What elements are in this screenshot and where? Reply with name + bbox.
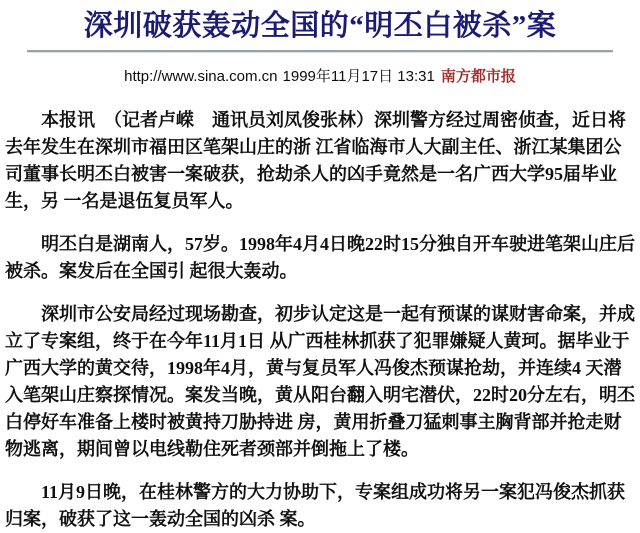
publish-datetime: 1999年11月17日 13:31 — [283, 68, 435, 85]
title-divider — [27, 50, 613, 52]
article-paragraph: 11月9日晚，在桂林警方的大力协助下，专案组成功将另一案犯冯俊杰抓获归案，破获了… — [5, 479, 635, 533]
source-url-text: http://www.sina.com.cn — [124, 68, 277, 85]
source-publication-link[interactable]: 南方都市报 — [441, 68, 516, 85]
article-meta: http://www.sina.com.cn1999年11月17日 13:31南… — [0, 65, 640, 86]
article-title: 深圳破获轰动全国的“明丕白被杀”案 — [0, 0, 640, 44]
article-body: 本报讯 （记者卢嵘 通讯员刘凤俊张林）深圳警方经过周密侦查，近日将去年发生在深圳… — [0, 107, 640, 533]
article-paragraph: 本报讯 （记者卢嵘 通讯员刘凤俊张林）深圳警方经过周密侦查，近日将去年发生在深圳… — [5, 107, 635, 215]
news-article-page: 深圳破获轰动全国的“明丕白被杀”案 http://www.sina.com.cn… — [0, 0, 640, 533]
article-paragraph: 深圳市公安局经过现场勘查，初步认定这是一起有预谋的谋财害命案，并成立了专案组，终… — [5, 301, 635, 463]
article-paragraph: 明丕白是湖南人，57岁。1998年4月4日晚22时15分独自开车驶进笔架山庄后被… — [5, 231, 635, 285]
